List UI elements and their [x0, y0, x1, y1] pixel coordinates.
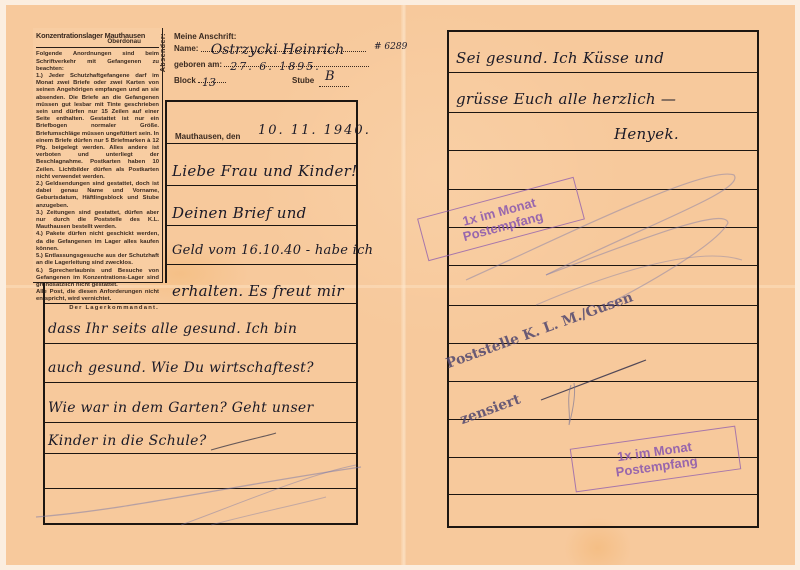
regulation-item: 1.) Jeder Schutzhaftgefangene darf im Mo…	[36, 73, 159, 181]
regulations-box: Konzentrationslager Mauthausen Oberdonau…	[33, 28, 163, 283]
name-value: Ostrzycki Heinrich	[211, 42, 345, 58]
regulation-item: 2.) Geldsendungen sind gestattet, doch i…	[36, 181, 159, 210]
letter-sheet: Konzentrationslager Mauthausen Oberdonau…	[6, 5, 795, 565]
ruled-line	[447, 419, 759, 420]
ruled-line	[43, 303, 358, 304]
letter-line: Kinder in die Schule?	[48, 433, 207, 449]
block-label: Block	[174, 76, 196, 85]
ruled-line	[447, 150, 759, 151]
block-value: 13	[202, 76, 216, 89]
letter-line: Sei gesund. Ich Küsse und	[456, 49, 664, 67]
letter-line: grüsse Euch alle herzlich —	[456, 90, 676, 108]
ruled-line	[43, 422, 358, 423]
regulation-item: 4.) Pakete dürfen nicht geschickt werden…	[36, 231, 159, 253]
block-field: 13	[198, 82, 226, 83]
regulation-item: 5.) Entlassungsgesuche aus der Schutzhaf…	[36, 253, 159, 267]
born-value: 27. 6. 1895.	[230, 60, 320, 73]
address-label: Meine Anschrift:	[174, 32, 236, 41]
letter-line: auch gesund. Wie Du wirtschaftest?	[48, 360, 314, 376]
ruled-line	[43, 488, 358, 489]
letter-date: 10. 11. 1940.	[258, 123, 371, 138]
letter-line: dass Ihr seits alle gesund. Ich bin	[48, 321, 297, 337]
letter-line: Liebe Frau und Kinder!	[172, 162, 357, 180]
ruled-line	[447, 112, 759, 113]
ruled-line	[165, 185, 358, 186]
born-label: geboren am:	[174, 60, 222, 69]
ruled-line	[43, 453, 358, 454]
regulations-intro: Folgende Anordnungen sind beim Schriftve…	[36, 51, 159, 73]
ruled-line	[43, 343, 358, 344]
prisoner-number: # 6289	[374, 42, 407, 52]
letter-line: Deinen Brief und	[172, 204, 307, 222]
ruled-line	[447, 265, 759, 266]
letter-signature: Henyek.	[614, 125, 679, 143]
sender-address: Meine Anschrift: Name: Ostrzycki Heinric…	[174, 32, 404, 92]
room-value: B	[325, 69, 335, 84]
absender-label: Absender:	[160, 33, 167, 72]
ruled-line	[165, 225, 358, 226]
ruled-line	[165, 264, 358, 265]
letter-line: erhalten. Es freut mir	[172, 282, 344, 300]
letter-line: Geld vom 16.10.40 - habe ich	[172, 243, 373, 258]
regulation-item: 3.) Zeitungen sind gestattet, dürfen abe…	[36, 210, 159, 232]
born-field: 27. 6. 1895.	[224, 66, 369, 67]
ruled-line	[447, 494, 759, 495]
room-field: B	[319, 76, 349, 87]
place-label: Mauthausen, den	[175, 132, 240, 141]
ruled-line	[447, 381, 759, 382]
ruled-line	[447, 72, 759, 73]
letter-line: Wie war in dem Garten? Geht unser	[48, 400, 314, 416]
room-label: Stube	[292, 76, 314, 85]
name-field: Ostrzycki Heinrich	[201, 51, 366, 52]
ruled-line	[43, 382, 358, 383]
name-label: Name:	[174, 44, 198, 53]
ruled-line	[165, 143, 358, 144]
ruled-line	[447, 189, 759, 190]
